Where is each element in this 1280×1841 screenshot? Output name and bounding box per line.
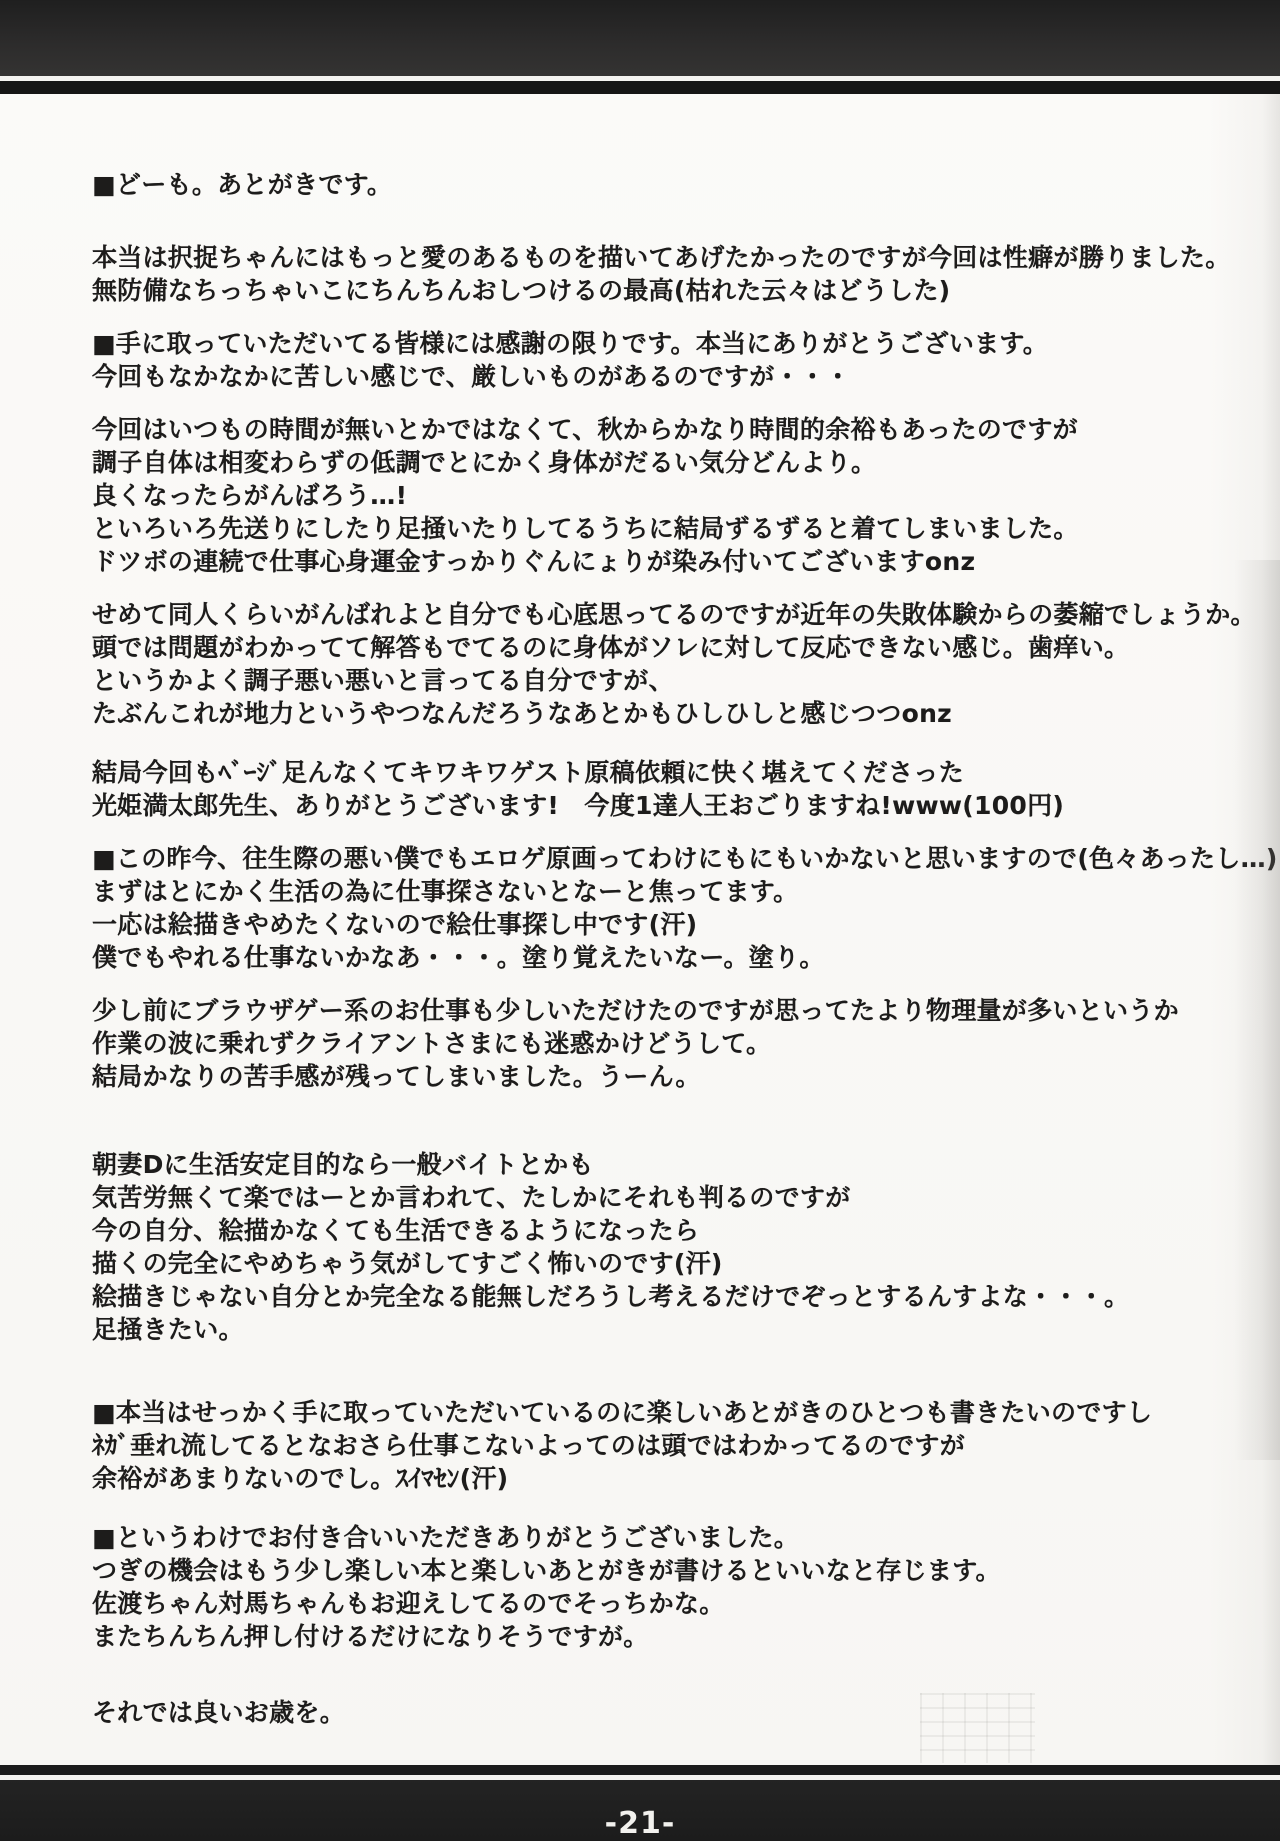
text-line: 少し前にブラウザゲー系のお仕事も少しいただけたのですが思ってたより物理量が多いと… — [92, 994, 1250, 1027]
text-line: それでは良いお歳を。 — [92, 1696, 1250, 1729]
text-line: 描くの完全にやめちゃう気がしてすごく怖いのです(汗) — [92, 1247, 1250, 1280]
afterword-text: ■どーも。あとがきです。 本当は択捉ちゃんにはもっと愛のあるものを描いてあげたか… — [92, 168, 1250, 1729]
text-line: といろいろ先送りにしたり足掻いたりしてるうちに結局ずるずると着てしまいました。 — [92, 512, 1250, 545]
afterword-paragraph: 本当は択捉ちゃんにはもっと愛のあるものを描いてあげたかったのですが今回は性癖が勝… — [92, 241, 1250, 307]
text-line: 余裕があまりないのでし。ｽｲﾏｾﾝ(汗) — [92, 1462, 1250, 1495]
top-banner — [0, 0, 1280, 94]
text-line: というかよく調子悪い悪いと言ってる自分ですが、 — [92, 664, 1250, 697]
afterword-paragraph: 少し前にブラウザゲー系のお仕事も少しいただけたのですが思ってたより物理量が多いと… — [92, 994, 1250, 1093]
text-line: ドツボの連続で仕事心身運金すっかりぐんにょりが染み付いてございますonz — [92, 545, 1250, 578]
text-line: ■手に取っていただいてる皆様には感謝の限りです。本当にありがとうございます。 — [92, 327, 1250, 360]
afterword-paragraph: ■この昨今、往生際の悪い僕でもエロゲ原画ってわけにもにもいかないと思いますので(… — [92, 842, 1250, 974]
afterword-paragraph: それでは良いお歳を。 — [92, 1696, 1250, 1729]
text-line: 朝妻Dに生活安定目的なら一般バイトとかも — [92, 1148, 1250, 1181]
text-line: 結局今回もﾍﾞｰｼﾞ足んなくてキワキワゲスト原稿依頼に快く堪えてくださった — [92, 756, 1250, 789]
top-banner-rule — [0, 81, 1280, 94]
text-line: つぎの機会はもう少し楽しい本と楽しいあとがきが書けるといいなと存じます。 — [92, 1554, 1250, 1587]
text-line: せめて同人くらいがんばれよと自分でも心底思ってるのですが近年の失敗体験からの萎縮… — [92, 598, 1250, 631]
text-line: 今回もなかなかに苦しい感じで、厳しいものがあるのですが・・・ — [92, 360, 1250, 393]
text-line: 気苦労無くて楽ではーとか言われて、たしかにそれも判るのですが — [92, 1181, 1250, 1214]
text-line: 足掻きたい。 — [92, 1313, 1250, 1346]
afterword-paragraph: ■手に取っていただいてる皆様には感謝の限りです。本当にありがとうございます。 今… — [92, 327, 1250, 393]
text-line: またちんちん押し付けるだけになりそうですが。 — [92, 1620, 1250, 1653]
text-line: 僕でもやれる仕事ないかなあ・・・。塗り覚えたいなー。塗り。 — [92, 941, 1250, 974]
afterword-paragraph: ■どーも。あとがきです。 — [92, 168, 1250, 201]
text-line: 調子自体は相変わらずの低調でとにかく身体がだるい気分どんより。 — [92, 446, 1250, 479]
text-line: 頭では問題がわかってて解答もでてるのに身体がソレに対して反応できない感じ。歯痒い… — [92, 631, 1250, 664]
text-line: まずはとにかく生活の為に仕事探さないとなーと焦ってます。 — [92, 875, 1250, 908]
text-line: 佐渡ちゃん対馬ちゃんもお迎えしてるのでそっちかな。 — [92, 1587, 1250, 1620]
afterword-paragraph: 朝妻Dに生活安定目的なら一般バイトとかも 気苦労無くて楽ではーとか言われて、たし… — [92, 1148, 1250, 1346]
bottom-banner: -21- — [0, 1765, 1280, 1841]
text-line: 結局かなりの苦手感が残ってしまいました。うーん。 — [92, 1060, 1250, 1093]
text-line: 良くなったらがんばろう…! — [92, 479, 1250, 512]
text-line: 作業の波に乗れずクライアントさまにも迷惑かけどうして。 — [92, 1027, 1250, 1060]
text-line: ■この昨今、往生際の悪い僕でもエロゲ原画ってわけにもにもいかないと思いますので(… — [92, 842, 1250, 875]
bottom-banner-bar: -21- — [0, 1780, 1280, 1841]
text-line: ■というわけでお付き合いいただきありがとうございました。 — [92, 1521, 1250, 1554]
top-banner-bar — [0, 0, 1280, 76]
text-line: ■本当はせっかく手に取っていただいているのに楽しいあとがきのひとつも書きたいので… — [92, 1396, 1250, 1429]
bottom-banner-rule — [0, 1765, 1280, 1775]
text-line: ■どーも。あとがきです。 — [92, 168, 1250, 201]
afterword-paragraph: ■本当はせっかく手に取っていただいているのに楽しいあとがきのひとつも書きたいので… — [92, 1396, 1250, 1495]
afterword-paragraph: ■というわけでお付き合いいただきありがとうございました。 つぎの機会はもう少し楽… — [92, 1521, 1250, 1653]
afterword-paragraph: せめて同人くらいがんばれよと自分でも心底思ってるのですが近年の失敗体験からの萎縮… — [92, 598, 1250, 730]
text-line: 無防備なちっちゃいこにちんちんおしつけるの最高(枯れた云々はどうした) — [92, 274, 1250, 307]
text-line: 一応は絵描きやめたくないので絵仕事探し中です(汗) — [92, 908, 1250, 941]
text-line: ﾈｶﾞ垂れ流してるとなおさら仕事こないよってのは頭ではわかってるのですが — [92, 1429, 1250, 1462]
afterword-paragraph: 今回はいつもの時間が無いとかではなくて、秋からかなり時間的余裕もあったのですが … — [92, 413, 1250, 578]
afterword-paragraph: 結局今回もﾍﾞｰｼﾞ足んなくてキワキワゲスト原稿依頼に快く堪えてくださった 光姫… — [92, 756, 1250, 822]
text-line: 今の自分、絵描かなくても生活できるようになったら — [92, 1214, 1250, 1247]
text-line: たぶんこれが地力というやつなんだろうなあとかもひしひしと感じつつonz — [92, 697, 1250, 730]
text-line: 光姫満太郎先生、ありがとうございます! 今度1達人王おごりますね!www(100… — [92, 789, 1250, 822]
scanned-page: ■どーも。あとがきです。 本当は択捉ちゃんにはもっと愛のあるものを描いてあげたか… — [0, 0, 1280, 1841]
text-line: 本当は択捉ちゃんにはもっと愛のあるものを描いてあげたかったのですが今回は性癖が勝… — [92, 241, 1250, 274]
text-line: 絵描きじゃない自分とか完全なる能無しだろうし考えるだけでぞっとするんすよな・・・… — [92, 1280, 1250, 1313]
page-number: -21- — [0, 1806, 1280, 1841]
text-line: 今回はいつもの時間が無いとかではなくて、秋からかなり時間的余裕もあったのですが — [92, 413, 1250, 446]
